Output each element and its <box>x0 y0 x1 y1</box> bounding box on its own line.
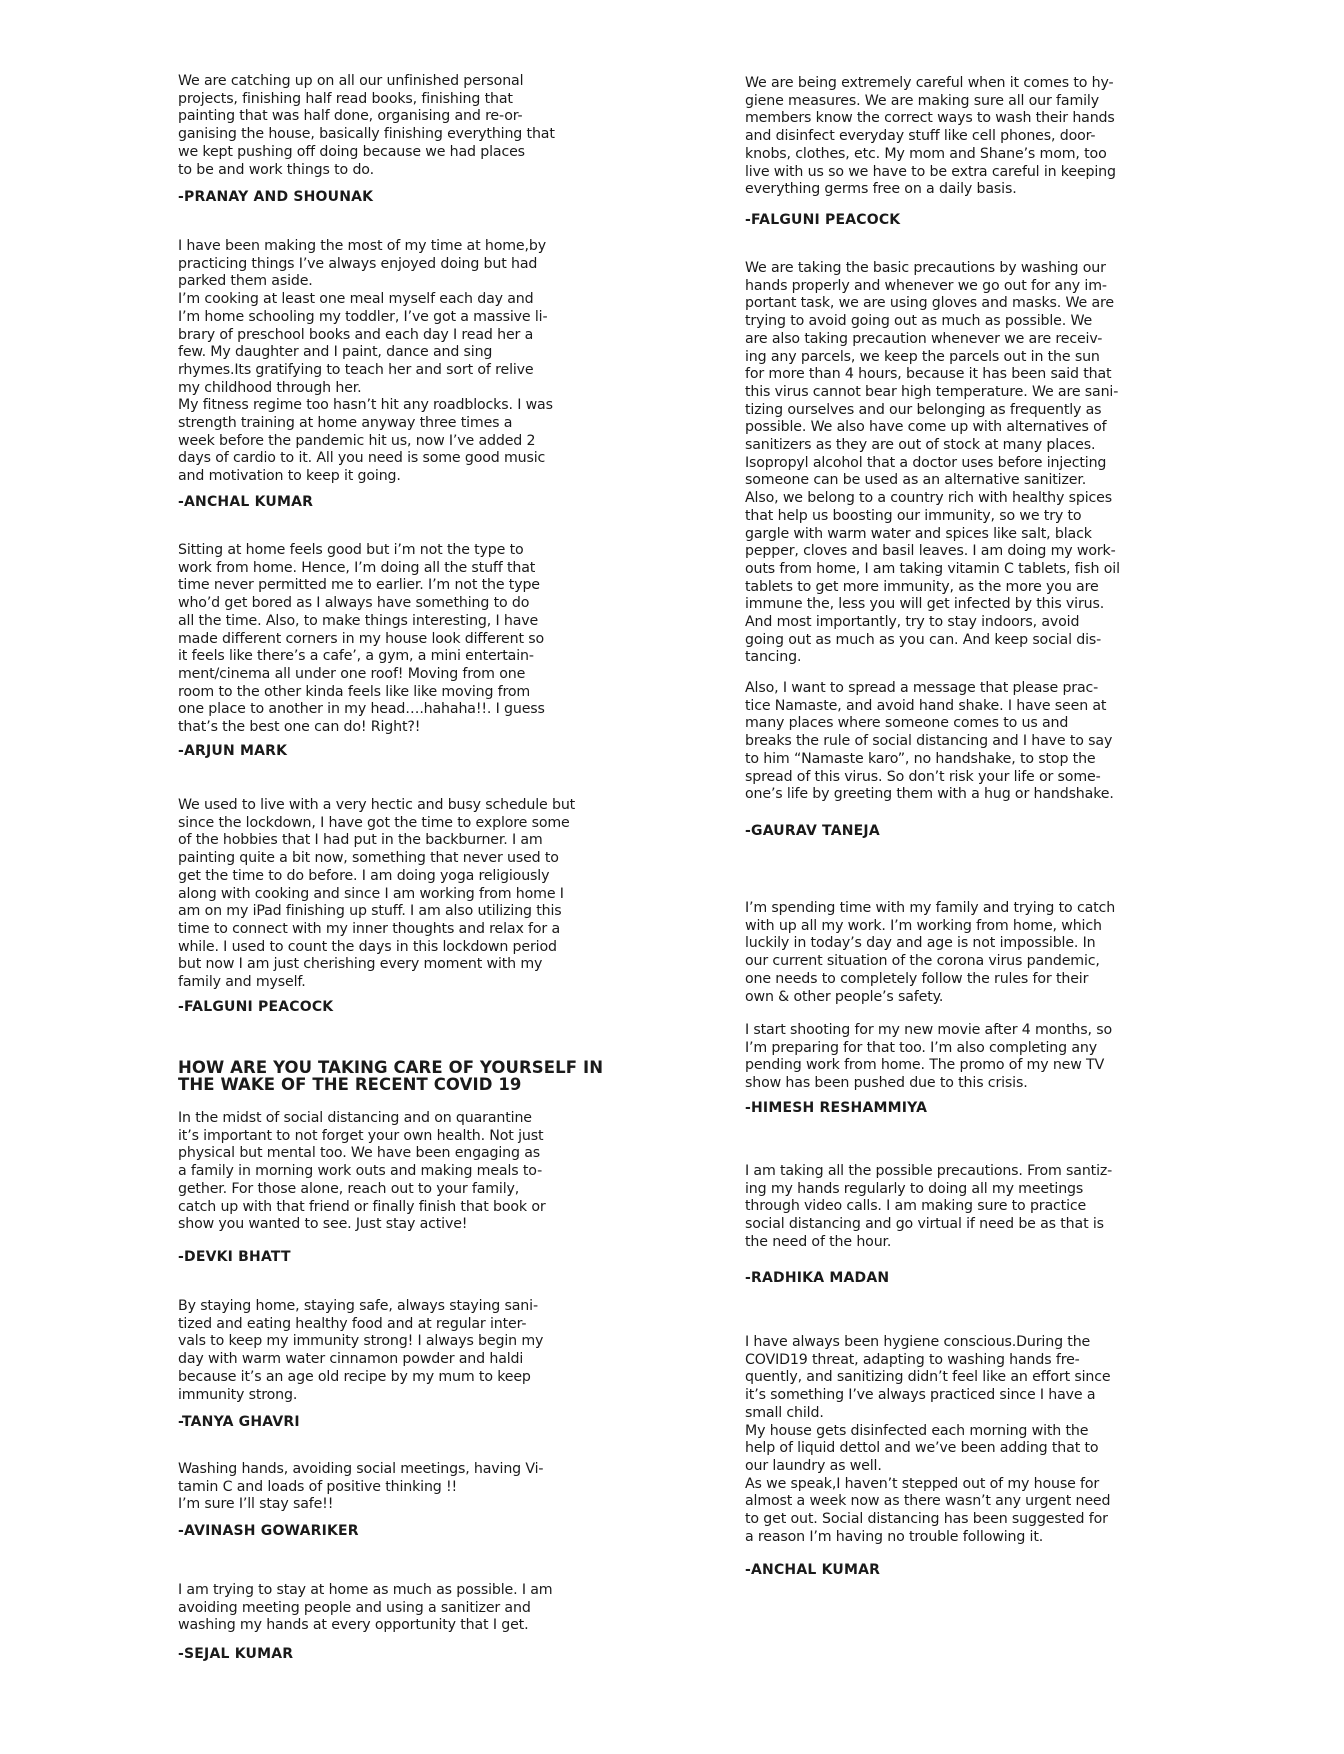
quote-text-continued: I start shooting for my new movie after … <box>745 1022 1112 1093</box>
quote-author: -PRANAY AND SHOUNAK <box>178 189 373 205</box>
quote-author: -FALGUNI PEACOCK <box>745 212 900 228</box>
quote-text: In the midst of social distancing and on… <box>178 1110 638 1234</box>
quote-author: -DEVKI BHATT <box>178 1249 291 1265</box>
quote-sejal-kumar: I am trying to stay at home as much as p… <box>178 1582 638 1635</box>
quote-falguni-peacock-1: We used to live with a very hectic and b… <box>178 797 638 992</box>
quote-text: I have been making the most of my time a… <box>178 238 638 486</box>
quote-author: -FALGUNI PEACOCK <box>178 999 333 1015</box>
quote-gaurav-taneja: We are taking the basic precautions by w… <box>745 260 1175 667</box>
quote-text: We used to live with a very hectic and b… <box>178 797 648 992</box>
quote-author: -ANCHAL KUMAR <box>745 1562 880 1578</box>
quote-text: By staying home, staying safe, always st… <box>178 1298 638 1404</box>
quote-author: -GAURAV TANEJA <box>745 823 880 839</box>
quote-devki-bhatt: In the midst of social distancing and on… <box>178 1110 638 1234</box>
quote-himesh-reshammiya: I’m spending time with my family and try… <box>745 900 1175 1006</box>
quote-author: -RADHIKA MADAN <box>745 1270 889 1286</box>
quote-text: Washing hands, avoiding social meetings,… <box>178 1461 638 1514</box>
quote-text-continued: Also, I want to spread a message that pl… <box>745 680 1114 804</box>
quote-avinash-gowariker: Washing hands, avoiding social meetings,… <box>178 1461 638 1514</box>
quote-text: We are taking the basic precautions by w… <box>745 260 1175 667</box>
quote-author: -AVINASH GOWARIKER <box>178 1523 359 1539</box>
section-heading: HOW ARE YOU TAKING CARE OF YOURSELF IN T… <box>178 1059 638 1093</box>
quote-author: -TANYA GHAVRI <box>178 1414 300 1430</box>
quote-anchal-kumar-1: I have been making the most of my time a… <box>178 238 638 486</box>
section-title: HOW ARE YOU TAKING CARE OF YOURSELF IN T… <box>178 1059 638 1093</box>
quote-author: -ARJUN MARK <box>178 743 287 759</box>
quote-text: We are being extremely careful when it c… <box>745 75 1175 199</box>
quote-text: I am trying to stay at home as much as p… <box>178 1582 638 1635</box>
quote-text: We are catching up on all our unfinished… <box>178 73 638 179</box>
quote-tanya-ghavri: By staying home, staying safe, always st… <box>178 1298 638 1404</box>
quote-pranay-shounak: We are catching up on all our unfinished… <box>178 73 638 179</box>
quote-text: I am taking all the possible precautions… <box>745 1163 1175 1252</box>
quote-arjun-mark: Sitting at home feels good but i’m not t… <box>178 542 638 737</box>
quote-author: -HIMESH RESHAMMIYA <box>745 1100 927 1116</box>
quote-text: Sitting at home feels good but i’m not t… <box>178 542 638 737</box>
quote-radhika-madan: I am taking all the possible precautions… <box>745 1163 1175 1252</box>
quote-text: I have always been hygiene conscious.Dur… <box>745 1334 1175 1546</box>
quote-falguni-peacock-2: We are being extremely careful when it c… <box>745 75 1175 199</box>
quote-author: -SEJAL KUMAR <box>178 1646 293 1662</box>
quote-author: -ANCHAL KUMAR <box>178 494 313 510</box>
quote-text: I’m spending time with my family and try… <box>745 900 1175 1006</box>
quote-anchal-kumar-2: I have always been hygiene conscious.Dur… <box>745 1334 1175 1546</box>
